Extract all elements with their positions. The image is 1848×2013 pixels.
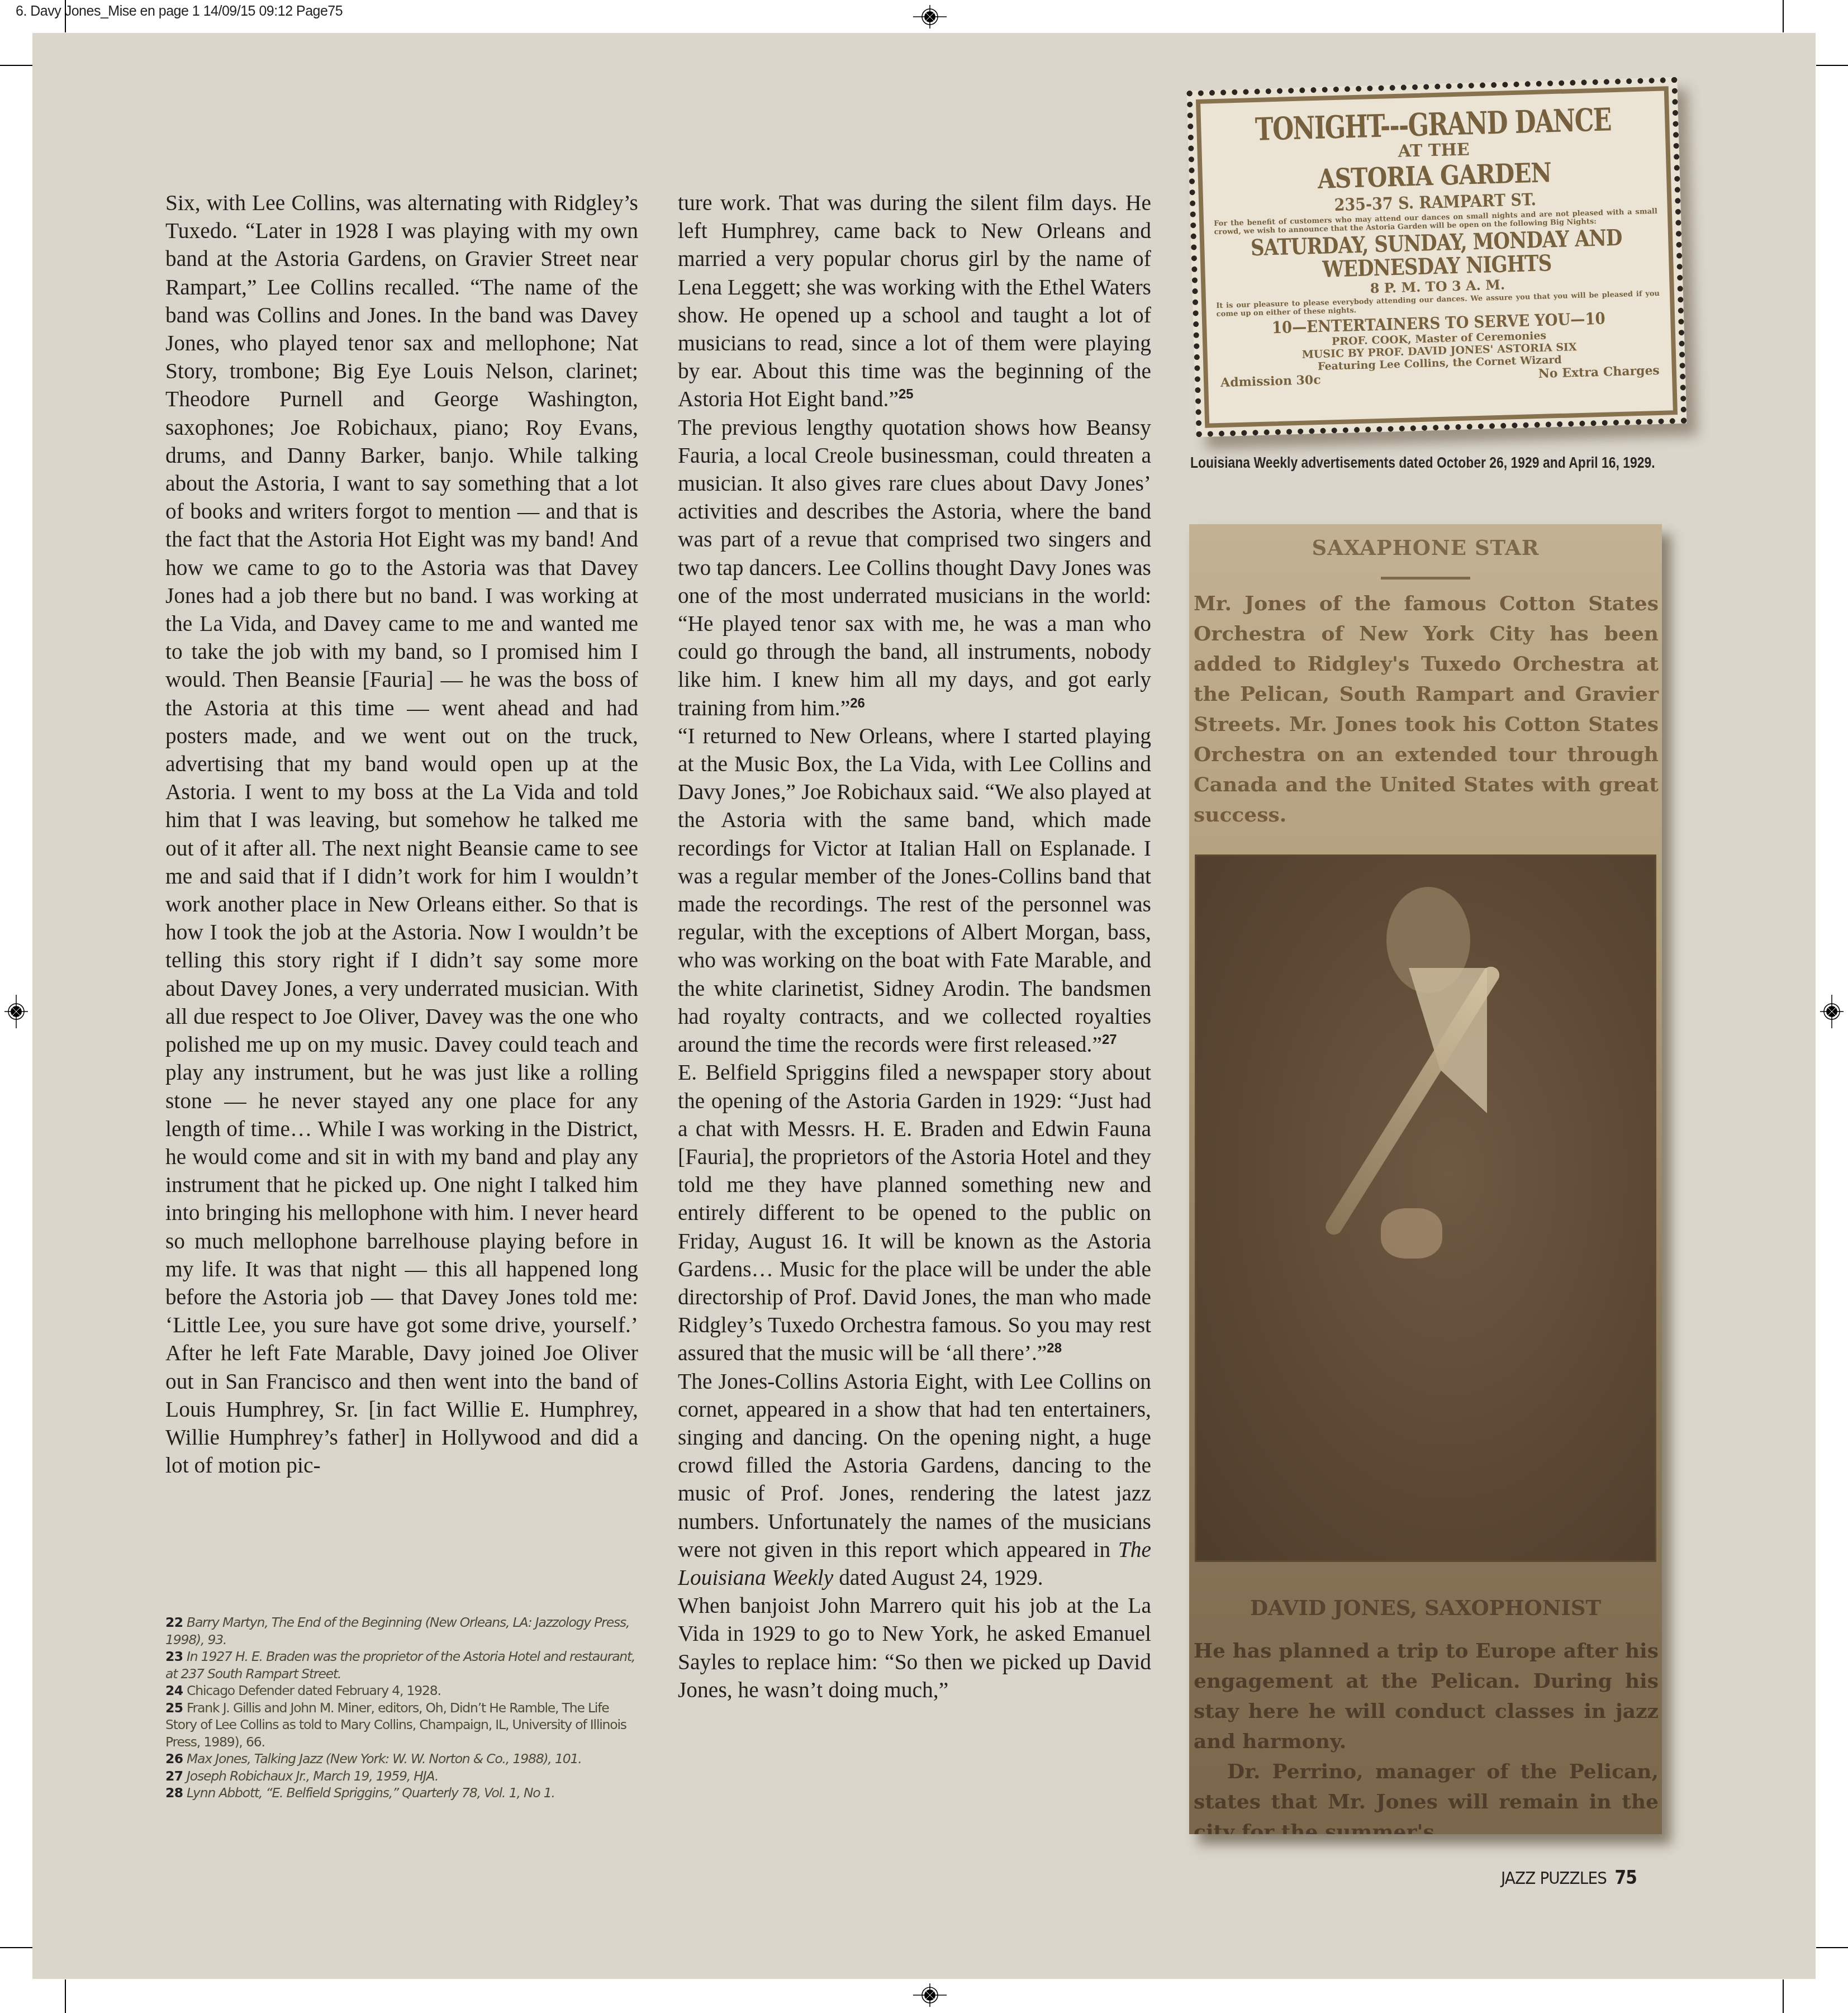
crop-mark <box>1816 1947 1848 1948</box>
ad-no-extra: No Extra Charges <box>1538 363 1660 381</box>
clipping-body: Mr. Jones of the famous Cotton States Or… <box>1189 588 1662 830</box>
page-number: 75 <box>1614 1867 1637 1888</box>
advertisement-clipping: TONIGHT---GRAND DANCE AT THE ASTORIA GAR… <box>1187 77 1687 437</box>
footnote-number: 22 <box>165 1615 183 1630</box>
left-column: Six, with Lee Collins, was alternating w… <box>165 189 638 1479</box>
footnote-ref[interactable]: 26 <box>850 696 865 711</box>
registration-mark-icon <box>1820 995 1844 1028</box>
middle-column: ture work. That was during the silent fi… <box>678 189 1151 1704</box>
body-paragraph: When banjoist John Marrero quit his job … <box>678 1592 1151 1704</box>
body-paragraph: Six, with Lee Collins, was alternating w… <box>165 189 638 1479</box>
footnote-ref[interactable]: 28 <box>1047 1341 1062 1356</box>
ad-admission: Admission 30c <box>1220 373 1321 390</box>
footnote-24: 24 Chicago Defender dated February 4, 19… <box>165 1682 640 1699</box>
footnote-ref[interactable]: 25 <box>899 387 914 402</box>
footnote-text: Lynn Abbott, “E. Belfield Spriggins,” Qu… <box>187 1785 555 1801</box>
registration-mark-icon <box>913 5 947 29</box>
crop-mark <box>1816 65 1848 66</box>
footnote-number: 27 <box>165 1768 183 1784</box>
footnote-22: 22 Barry Martyn, The End of the Beginnin… <box>165 1614 640 1648</box>
footnote-text: Frank J. Gillis and John M. Miner, edito… <box>165 1700 626 1750</box>
footnote-28: 28 Lynn Abbott, “E. Belfield Spriggins,”… <box>165 1784 640 1802</box>
photo-hand <box>1381 1208 1442 1259</box>
footnote-text: Joseph Robichaux Jr., March 19, 1959, HJ… <box>187 1768 438 1784</box>
clipping-body-2: He has planned a trip to Europe after hi… <box>1189 1636 1662 1756</box>
registration-mark-icon <box>913 1983 947 2007</box>
footnote-number: 24 <box>165 1683 183 1698</box>
footnote-text: Chicago Defender dated February 4, 1928. <box>187 1683 441 1698</box>
footnote-27: 27 Joseph Robichaux Jr., March 19, 1959,… <box>165 1768 640 1785</box>
footnote-ref[interactable]: 27 <box>1102 1032 1117 1047</box>
footnotes: 22 Barry Martyn, The End of the Beginnin… <box>165 1614 640 1802</box>
image-caption: Louisiana Weekly advertisements dated Oc… <box>1190 452 1675 474</box>
crop-mark <box>1783 0 1784 32</box>
caption-publication: Louisiana Weekly <box>1190 454 1298 471</box>
body-paragraph: “I returned to New Orleans, where I star… <box>678 722 1151 1058</box>
footnote-23: 23 In 1927 H. E. Braden was the propriet… <box>165 1648 640 1682</box>
clipping-rule <box>1381 577 1470 580</box>
clipping-body-3: Dr. Perrino, manager of the Pelican, sta… <box>1189 1756 1662 1834</box>
body-paragraph: ture work. That was during the silent fi… <box>678 189 1151 414</box>
body-paragraph: The Jones-Collins Astoria Eight, with Le… <box>678 1368 1151 1592</box>
footnote-25: 25 Frank J. Gillis and John M. Miner, ed… <box>165 1699 640 1751</box>
running-footer: JAZZ PUZZLES <box>1501 1868 1607 1888</box>
crop-mark <box>65 1979 66 2013</box>
footnote-number: 23 <box>165 1649 183 1664</box>
footnote-text: Max Jones, Talking Jazz (New York: W. W.… <box>187 1751 581 1767</box>
photo-caption: DAVID JONES, SAXOPHONIST <box>1189 1596 1662 1620</box>
page-footer: JAZZ PUZZLES75 <box>1501 1867 1637 1888</box>
footnote-number: 26 <box>165 1751 183 1767</box>
body-paragraph: E. Belfield Spriggins filed a newspaper … <box>678 1058 1151 1367</box>
crop-mark <box>0 1947 32 1948</box>
registration-mark-icon <box>4 995 28 1028</box>
advertisement-body: TONIGHT---GRAND DANCE AT THE ASTORIA GAR… <box>1196 86 1678 428</box>
crop-mark <box>65 0 66 32</box>
newspaper-clipping: SAXAPHONE STAR Mr. Jones of the famous C… <box>1189 524 1662 1834</box>
body-paragraph: The previous lengthy quotation shows how… <box>678 414 1151 722</box>
footnote-text: Barry Martyn, The End of the Beginning (… <box>165 1615 629 1648</box>
saxophonist-photo <box>1195 854 1656 1562</box>
footnote-text: In 1927 H. E. Braden was the proprietor … <box>165 1649 635 1682</box>
clipping-headline: SAXAPHONE STAR <box>1189 535 1662 560</box>
crop-mark <box>1783 1979 1784 2013</box>
footnote-number: 25 <box>165 1700 183 1716</box>
caption-text: advertisements dated October 26, 1929 an… <box>1298 454 1655 471</box>
footnote-26: 26 Max Jones, Talking Jazz (New York: W.… <box>165 1750 640 1768</box>
crop-mark <box>0 65 32 66</box>
footnote-number: 28 <box>165 1785 183 1801</box>
